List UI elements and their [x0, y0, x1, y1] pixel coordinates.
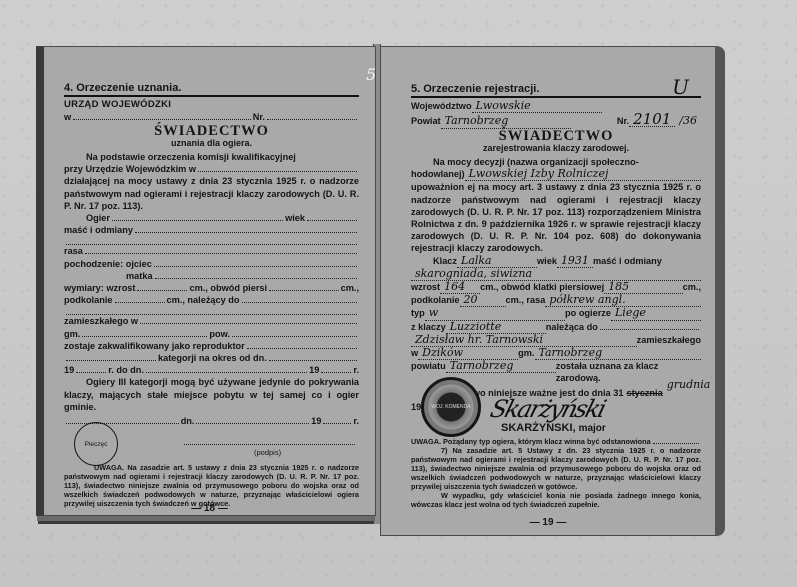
gm-label: gm. — [64, 328, 80, 340]
z-klaczy-label: z klaczy — [411, 321, 446, 333]
section-title: 4. Orzeczenie uznania. — [64, 82, 359, 97]
r-label: r. — [353, 415, 359, 427]
valid-month: grudnia — [663, 379, 715, 391]
klacz-value: Lalka — [457, 255, 537, 268]
organization-label: hodowlanej) — [411, 168, 465, 180]
uwaga-row: UWAGA. Pożądany typ ogiera, którym klacz… — [411, 435, 701, 446]
uwaga-label: UWAGA. — [94, 463, 124, 472]
seal-placeholder: Pieczęć — [74, 422, 118, 466]
matka-label: matka — [126, 270, 153, 282]
nr-label: Nr. — [253, 111, 265, 123]
seal-label: Pieczęć — [85, 441, 108, 448]
zamieszkalego-field — [140, 315, 357, 324]
struck-month: stycznia — [626, 387, 662, 399]
handwritten-signature: Skarżyński — [487, 395, 607, 423]
podkolanie-label: podkolanie — [411, 294, 460, 306]
wiek-value: 1931 — [557, 255, 593, 268]
year-prefix: 19 — [64, 364, 74, 376]
dn-label: dn. — [181, 415, 195, 427]
organization-value: Lwowskiej Izby Rolniczej — [465, 168, 701, 181]
wymiary-label: wymiary: wzrost — [64, 282, 135, 294]
po-ogierze-label: po ogierze — [565, 307, 611, 319]
podkolanie-field — [115, 294, 165, 303]
obwod-field — [269, 282, 339, 291]
year-field-2 — [321, 364, 351, 373]
signature-label: (podpis) — [254, 448, 281, 457]
open-booklet: 5 4. Orzeczenie uznania. URZĄD WOJEWÓDZK… — [28, 44, 740, 544]
nalezaca-field — [600, 321, 699, 330]
kategorji-row: kategorji na okres od dn. — [64, 352, 359, 364]
wzrost-field — [137, 282, 187, 291]
zamieszkalego-label: zamieszkałego w — [64, 315, 138, 327]
ogier-row: Ogier wiek — [64, 212, 359, 224]
intro-text: przy Urzędzie Wojewódzkim w — [64, 163, 196, 175]
year-field — [76, 364, 106, 373]
matka-row: matka — [64, 270, 359, 282]
z-klaczy-row: z klaczy Luzziotte należąca do — [411, 321, 701, 334]
office-label: URZĄD WOJEWÓDZKI — [64, 99, 359, 111]
stamp-text: WOJ. KOMENDA — [431, 404, 470, 410]
kategorji-label: kategorji na okres od dn. — [158, 352, 267, 364]
powiatu-value: Tarnobrzeg — [446, 360, 556, 373]
reproduktor-field — [247, 340, 357, 349]
podkolanie-row: podkolanie cm., należący do — [64, 294, 359, 306]
notes-block: UWAGA. Pożądany typ ogiera, którym klacz… — [411, 435, 701, 509]
masc-label: maść i odmiany — [64, 224, 133, 236]
typ-value: w — [425, 307, 565, 320]
wojewodztwo-value: Lwowskie — [472, 100, 602, 113]
uwaga-text: UWAGA. Pożądany typ ogiera, którym klacz… — [411, 437, 651, 446]
cm-label: cm., — [341, 282, 359, 294]
okres-od-field — [269, 352, 357, 361]
blank-row — [64, 236, 359, 245]
w-label: w — [411, 347, 418, 359]
wiek-field — [307, 212, 357, 221]
signer-block: SKARŻYŃSKI,major — [501, 422, 606, 434]
intro-line-2: przy Urzędzie Wojewódzkim w — [64, 163, 359, 175]
page-number: — 18 — — [44, 503, 375, 514]
typ-label: typ — [411, 307, 425, 319]
powiat-label: Powiat — [411, 115, 441, 127]
year-field-3 — [323, 415, 351, 424]
klacz-label: Klacz — [433, 255, 457, 267]
wiek-label: wiek — [537, 255, 557, 267]
signature-line — [184, 444, 355, 445]
ogier-label: Ogier — [86, 212, 110, 224]
wymiary-row: wymiary: wzrost cm., obwód piersi cm., — [64, 282, 359, 294]
ogier-field — [112, 212, 283, 221]
pow-field — [232, 328, 357, 337]
office-location-field — [73, 111, 251, 120]
nalezacy-field — [242, 294, 357, 303]
note-7: 7) Na zasadzie art. 5 Ustawy z dn. 23 st… — [411, 446, 701, 491]
ogiery-note: Ogiery III kategorji mogą być używane je… — [64, 376, 359, 413]
masc-field — [135, 224, 357, 233]
reproduktor-label: zostaje zakwalifikowany jako reproduktor — [64, 340, 245, 352]
nr-suffix: /36 — [675, 115, 701, 127]
powiat-row: Powiat Tarnobrzeg Nr. 2101 /36 — [411, 113, 701, 128]
left-page-content: 4. Orzeczenie uznania. URZĄD WOJEWÓDZKI … — [64, 82, 359, 427]
wojewodztwo-label: Województwo — [411, 100, 472, 112]
blank-field — [66, 236, 357, 245]
organization-row: hodowlanej) Lwowskiej Izby Rolniczej — [411, 168, 701, 181]
do-dn-label: r. do dn. — [108, 364, 144, 376]
cm-label: cm., — [683, 281, 701, 293]
nr-label: Nr. — [617, 115, 629, 127]
office-city-field — [198, 163, 357, 172]
w-label: w — [64, 111, 71, 123]
pow-label: pow. — [209, 328, 230, 340]
do-dn-field — [146, 364, 307, 373]
powiatu-label: powiatu — [411, 360, 446, 372]
wzrost-label: wzrost — [411, 281, 440, 293]
official-stamp: WOJ. KOMENDA — [421, 377, 481, 437]
signer-rank: major — [579, 423, 606, 434]
typ-row: typ w po ogierze Liege — [411, 307, 701, 320]
podkolanie-label: podkolanie — [64, 294, 113, 306]
blank-field — [66, 306, 357, 315]
signer-name: SKARŻYŃSKI, — [501, 422, 576, 434]
matka-field — [155, 270, 357, 279]
podkolanie-value: 20 — [460, 294, 506, 307]
uwaga-note: UWAGA. Na zasadzie art. 5 ustawy z dnia … — [64, 463, 359, 508]
wiek-label: wiek — [285, 212, 305, 224]
nr-value: 2101 — [629, 113, 675, 126]
gm-field — [82, 328, 207, 337]
zamieszkalego-row: zamieszkałego w — [64, 315, 359, 327]
rasa-label: rasa — [64, 245, 83, 257]
kategorja-field — [66, 352, 156, 361]
obwod-label: cm., obwód piersi — [189, 282, 267, 294]
z-klaczy-value: Luzziotte — [446, 321, 546, 334]
certificate-title: ŚWIADECTWO — [411, 130, 701, 142]
rasa-row: rasa — [64, 245, 359, 257]
rasa-field — [85, 245, 357, 254]
nalezacy-label: cm., należący do — [167, 294, 240, 306]
powiat-value: Tarnobrzeg — [441, 115, 571, 128]
ojciec-label: pochodzenie: ojciec — [64, 258, 152, 270]
certificate-subtitle: uznania dla ogiera. — [64, 137, 359, 149]
ojciec-row: pochodzenie: ojciec — [64, 258, 359, 270]
year-prefix: 19 — [411, 401, 421, 413]
gm-label: gm. — [518, 347, 534, 359]
blank-row-2 — [64, 306, 359, 315]
page-number: — 19 — — [381, 517, 715, 528]
note-2: W wypadku, gdy właściciel konia nie posi… — [411, 491, 701, 509]
date-field — [196, 415, 309, 424]
place-field — [66, 415, 179, 424]
intro-line-3: upoważnion ej na mocy art. 3 ustawy z dn… — [411, 181, 701, 254]
right-page: U 5. Orzeczenie rejestracji. Województwo… — [380, 46, 725, 536]
klacz-row: Klacz Lalka wiek 1931 maść i odmiany — [411, 255, 701, 268]
year-prefix: 19 — [311, 415, 321, 427]
r-label: r. — [353, 364, 359, 376]
nr-field — [267, 111, 357, 120]
po-ogierze-value: Liege — [611, 307, 701, 320]
certificate-subtitle: zarejestrowania klaczy zarodowej. — [411, 142, 701, 154]
certificate-title: ŚWIADECTWO — [64, 125, 359, 137]
gm-value: Tarnobrzeg — [535, 347, 702, 360]
masc-label: maść i odmiany — [593, 255, 662, 267]
left-page: 5 4. Orzeczenie uznania. URZĄD WOJEWÓDZK… — [36, 46, 376, 516]
rasa-label: cm., rasa — [506, 294, 546, 306]
ojciec-field — [154, 258, 357, 267]
right-page-content: 5. Orzeczenie rejestracji. Województwo L… — [411, 83, 701, 413]
intro-line-1: Na podstawie orzeczenia komisji kwalifik… — [64, 151, 359, 163]
uwaga-field — [653, 435, 699, 444]
zamieszkalego-label: zamieszkałego — [637, 334, 701, 346]
masc-row: maść i odmiany — [64, 224, 359, 236]
margin-mark: 5 — [366, 65, 376, 84]
intro-line-3: działającej na mocy ustawy z dnia 23 sty… — [64, 175, 359, 212]
gm-pow-row: gm. pow. — [64, 328, 359, 340]
section-title: 5. Orzeczenie rejestracji. — [411, 83, 701, 98]
year-prefix: 19 — [309, 364, 319, 376]
obwod-label: cm., obwód klatki piersiowej — [480, 281, 604, 293]
reproduktor-row: zostaje zakwalifikowany jako reproduktor — [64, 340, 359, 352]
period-row: 19 r. do dn. 19 r. — [64, 364, 359, 376]
podkolanie-row: podkolanie 20 cm., rasa półkrew angl. — [411, 294, 701, 307]
office-location-row: w Nr. — [64, 111, 359, 123]
nalezaca-label: należąca do — [546, 321, 598, 333]
